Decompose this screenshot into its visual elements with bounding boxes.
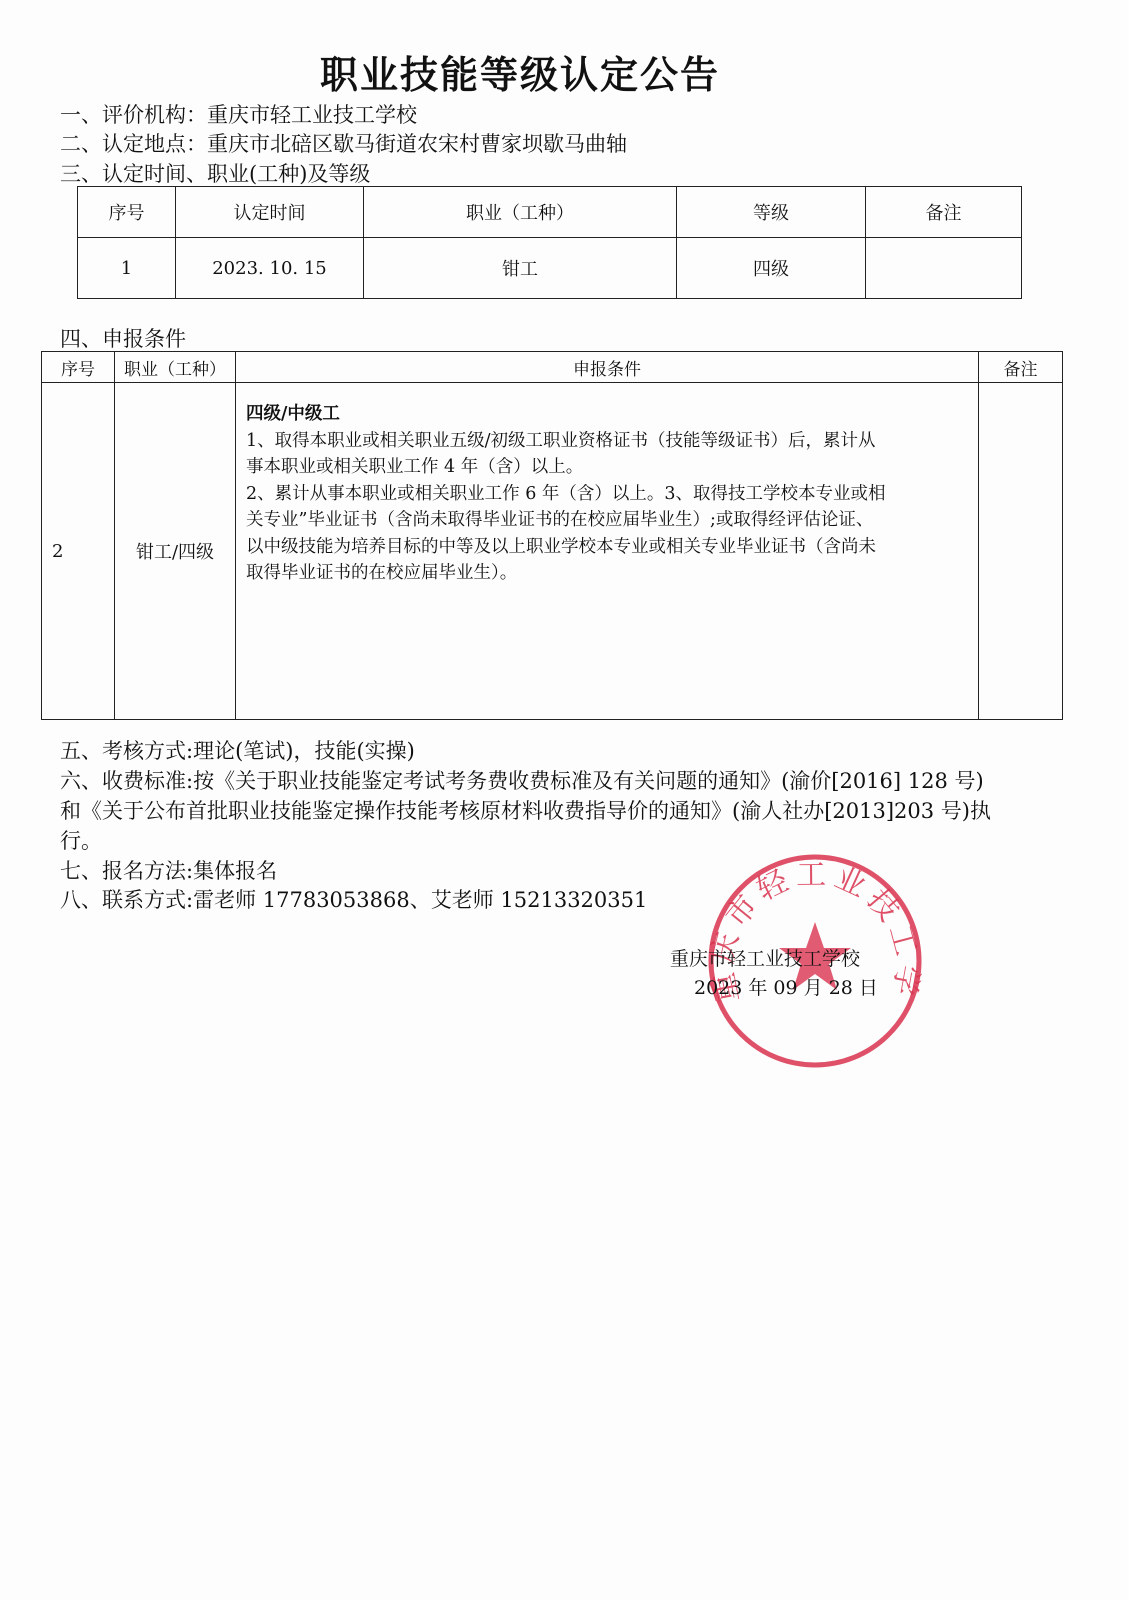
conditions-heading: 四级/中级工 bbox=[246, 401, 968, 428]
header-job: 职业（工种） bbox=[115, 352, 236, 383]
section-registration: 七、报名方法:集体报名 bbox=[60, 855, 277, 885]
header-no: 序号 bbox=[42, 352, 115, 383]
section-requirements: 四、申报条件 bbox=[60, 323, 186, 353]
table-row: 1 2023. 10. 15 钳工 四级 bbox=[78, 238, 1022, 299]
conditions-line: 事本职业或相关职业工作 4 年（含）以上。 bbox=[246, 454, 968, 481]
cell-date: 2023. 10. 15 bbox=[176, 238, 364, 299]
cell-job: 钳工 bbox=[364, 238, 677, 299]
page-title: 职业技能等级认定公告 bbox=[0, 44, 1040, 99]
section-contact: 八、联系方式:雷老师 17783053868、艾老师 15213320351 bbox=[60, 884, 647, 914]
section-assessment: 五、考核方式:理论(笔试)，技能(实操) bbox=[60, 735, 415, 765]
schedule-table: 序号 认定时间 职业（工种） 等级 备注 1 2023. 10. 15 钳工 四… bbox=[77, 186, 1022, 299]
section-time-job-level: 三、认定时间、职业(工种)及等级 bbox=[60, 158, 370, 188]
header-date: 认定时间 bbox=[176, 187, 364, 238]
cell-conditions: 四级/中级工 1、取得本职业或相关职业五级/初级工职业资格证书（技能等级证书）后… bbox=[236, 383, 979, 720]
header-note: 备注 bbox=[979, 352, 1063, 383]
table-header-row: 序号 职业（工种） 申报条件 备注 bbox=[42, 352, 1063, 383]
table-row: 2 钳工/四级 四级/中级工 1、取得本职业或相关职业五级/初级工职业资格证书（… bbox=[42, 383, 1063, 720]
header-note: 备注 bbox=[866, 187, 1022, 238]
signature-org: 重庆市轻工业技工学校 bbox=[670, 944, 860, 971]
header-conditions: 申报条件 bbox=[236, 352, 979, 383]
conditions-line: 2、累计从事本职业或相关职业工作 6 年（含）以上。3、取得技工学校本专业或相 bbox=[246, 481, 968, 508]
conditions-line: 关专业”毕业证书（含尚未取得毕业证书的在校应届毕业生）;或取得经评估论证、 bbox=[246, 507, 968, 534]
header-level: 等级 bbox=[677, 187, 866, 238]
conditions-line: 取得毕业证书的在校应届毕业生）。 bbox=[246, 560, 968, 587]
section-fees-line2: 和《关于公布首批职业技能鉴定操作技能考核原材料收费指导价的通知》(渝人社办[20… bbox=[60, 795, 991, 825]
table-header-row: 序号 认定时间 职业（工种） 等级 备注 bbox=[78, 187, 1022, 238]
cell-note bbox=[979, 383, 1063, 720]
section-evaluation-org: 一、评价机构：重庆市轻工业技工学校 bbox=[60, 99, 417, 129]
cell-level: 四级 bbox=[677, 238, 866, 299]
cell-no: 2 bbox=[42, 383, 115, 720]
section-location: 二、认定地点：重庆市北碚区歇马街道农宋村曹家坝歇马曲轴 bbox=[60, 128, 627, 158]
signature-date: 2023 年 09 月 28 日 bbox=[694, 973, 878, 1000]
section-fees-line1: 六、收费标准:按《关于职业技能鉴定考试考务费收费标准及有关问题的通知》(渝价[2… bbox=[60, 765, 984, 795]
cell-note bbox=[866, 238, 1022, 299]
section-fees-line3: 行。 bbox=[60, 825, 102, 855]
header-job: 职业（工种） bbox=[364, 187, 677, 238]
requirements-table: 序号 职业（工种） 申报条件 备注 2 钳工/四级 四级/中级工 1、取得本职业… bbox=[41, 351, 1063, 720]
cell-no: 1 bbox=[78, 238, 176, 299]
cell-job: 钳工/四级 bbox=[115, 383, 236, 720]
conditions-line: 以中级技能为培养目标的中等及以上职业学校本专业或相关专业毕业证书（含尚未 bbox=[246, 534, 968, 561]
conditions-line: 1、取得本职业或相关职业五级/初级工职业资格证书（技能等级证书）后，累计从 bbox=[246, 428, 968, 455]
header-no: 序号 bbox=[78, 187, 176, 238]
